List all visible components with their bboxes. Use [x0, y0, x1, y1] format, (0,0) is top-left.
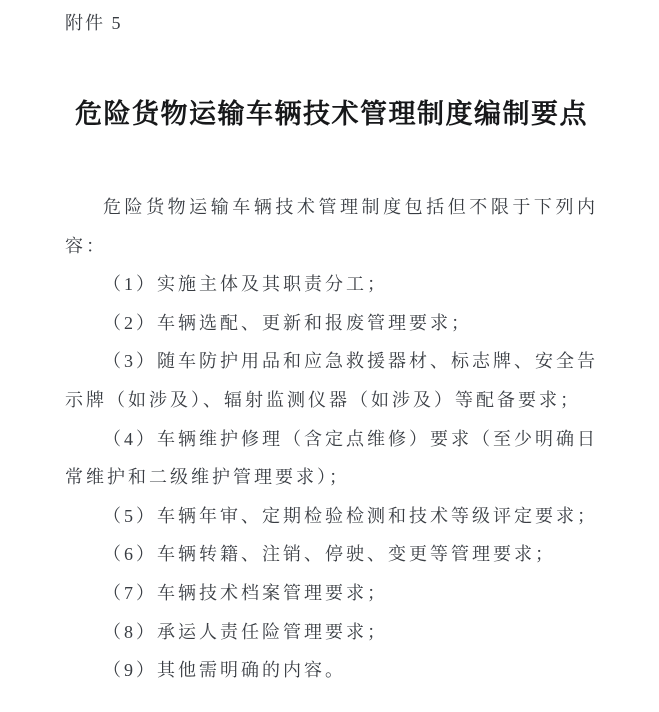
- list-item-4-line-1: （4）车辆维护修理（含定点维修）要求（至少明确日: [65, 420, 598, 459]
- intro-paragraph-line-1: 危险货物运输车辆技术管理制度包括但不限于下列内: [65, 188, 598, 227]
- document-body: 危险货物运输车辆技术管理制度包括但不限于下列内 容： （1）实施主体及其职责分工…: [65, 188, 598, 690]
- document-page: 附件 5 危险货物运输车辆技术管理制度编制要点 危险货物运输车辆技术管理制度包括…: [0, 0, 659, 712]
- document-title: 危险货物运输车辆技术管理制度编制要点: [65, 96, 598, 132]
- list-item-5: （5）车辆年审、定期检验检测和技术等级评定要求；: [65, 497, 598, 536]
- list-item-9: （9）其他需明确的内容。: [65, 651, 598, 690]
- list-item-6: （6）车辆转籍、注销、停驶、变更等管理要求；: [65, 535, 598, 574]
- list-item-2: （2）车辆选配、更新和报废管理要求；: [65, 304, 598, 343]
- list-item-8: （8）承运人责任险管理要求；: [65, 613, 598, 652]
- list-item-3-line-1: （3）随车防护用品和应急救援器材、标志牌、安全告: [65, 342, 598, 381]
- attachment-label: 附件 5: [65, 12, 123, 34]
- list-item-1: （1）实施主体及其职责分工；: [65, 265, 598, 304]
- intro-paragraph-line-2: 容：: [65, 227, 598, 266]
- list-item-3-line-2: 示牌（如涉及）、辐射监测仪器（如涉及）等配备要求；: [65, 381, 598, 420]
- list-item-7: （7）车辆技术档案管理要求；: [65, 574, 598, 613]
- list-item-4-line-2: 常维护和二级维护管理要求）；: [65, 458, 598, 497]
